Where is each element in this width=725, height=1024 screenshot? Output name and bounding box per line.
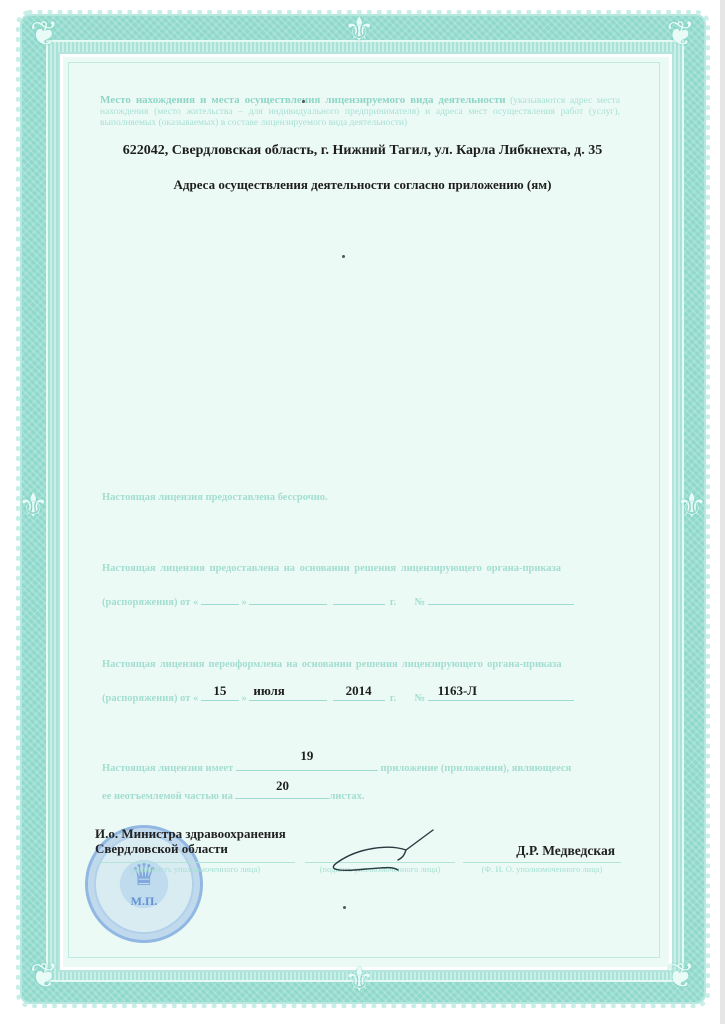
reissued-month-field: июля [249,688,327,701]
quote-close: » [242,597,247,608]
position-line-1: И.о. Министра здравоохранения [95,826,286,841]
scan-speck [343,906,346,909]
sheets-prefix: ее неотъемлемой частью на [102,791,233,802]
quote-close: » [242,693,247,704]
signatory-position: И.о. Министра здравоохранения Свердловск… [95,826,286,856]
reissued-prefix: (распоряжения) от « [102,693,198,704]
annex-suffix: приложение (приложения), являющееся [380,763,571,774]
reissued-basis-line: Настоящая лицензия переоформлена на осно… [102,659,562,670]
granted-basis-line: Настоящая лицензия предоставлена на осно… [102,563,561,574]
handwritten-signature [318,826,448,876]
name-underline [463,862,621,863]
name-caption: (Ф. И. О. уполномоченного лица) [463,864,621,874]
annex-count-field: 19 [236,758,378,771]
scan-edge [720,0,725,1024]
main-address: 622042, Свердловская область, г. Нижний … [90,143,635,159]
number-label: № [414,597,425,608]
granted-month-field [249,592,327,605]
reissued-number-field: 1163-Л [428,688,574,701]
granted-number-field [428,592,574,605]
scan-speck [342,255,345,258]
position-caption: (должность уполномоченного лица) [95,864,295,874]
sheets-suffix: листах. [329,791,364,802]
reissued-order-line: (распоряжения) от « 15 » июля 2014 г. № … [102,688,574,704]
annex-sheets-line: ее неотъемлемой частью на 20листах. [102,786,364,802]
year-suffix: г. [390,693,396,704]
stamp-label: М.П. [88,894,200,909]
annex-count-line: Настоящая лицензия имеет 19 приложение (… [102,758,571,774]
position-underline [95,862,295,863]
granted-order-line: (распоряжения) от « » г. № [102,592,574,608]
scan-speck [302,100,305,103]
license-term: Настоящая лицензия предоставлена бессроч… [102,492,328,503]
position-line-2: Свердловской области [95,841,286,856]
granted-prefix: (распоряжения) от « [102,597,198,608]
annex-prefix: Настоящая лицензия имеет [102,763,233,774]
annex-addresses-note: Адреса осуществления деятельности соглас… [90,177,635,193]
number-label: № [414,693,425,704]
signatory-name: Д.Р. Медведская [516,843,615,859]
annex-sheets-field: 20 [235,786,329,799]
location-section: Место нахождения и места осуществления л… [100,95,620,129]
reissued-day-field: 15 [201,688,239,701]
reissued-year-field: 2014 [333,688,385,701]
granted-day-field [201,592,239,605]
year-suffix: г. [390,597,396,608]
granted-year-field [333,592,385,605]
